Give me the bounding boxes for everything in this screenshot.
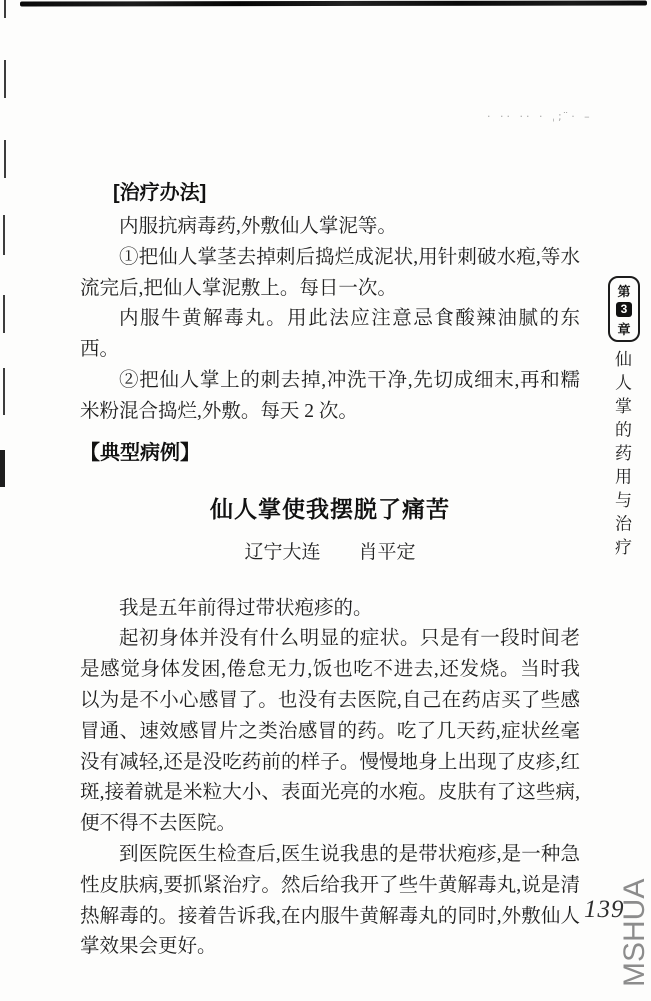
scan-artifact-left-mark <box>4 60 6 98</box>
watermark-text: MSHUA <box>618 883 651 987</box>
treatment-paragraph: ①把仙人掌茎去掉刺后捣烂成泥状,用针刺破水疱,等水流完后,把仙人掌泥敷上。每日一… <box>80 243 580 305</box>
print-bleed-noise: · ·· ·· · ˌ; ̈· – <box>487 110 649 132</box>
scan-artifact-left-mark <box>4 0 6 18</box>
author-location: 辽宁大连 <box>244 542 320 563</box>
scan-artifact-left-mark <box>0 450 5 487</box>
treatment-paragraph: 内服牛黄解毒丸。用此法应注意忌食酸辣油腻的东西。 <box>80 304 580 366</box>
treatment-heading: [治疗办法] <box>113 182 580 204</box>
case-heading: 【典型病例】 <box>80 442 580 464</box>
chapter-suffix: 章 <box>617 319 630 338</box>
chapter-prefix: 第 <box>617 281 630 300</box>
author-name: 肖平定 <box>359 542 416 563</box>
scan-artifact-left-mark <box>4 140 6 178</box>
book-page: · ·· ·· · ˌ; ̈· – [治疗办法] 内服抗病毒药,外敷仙人掌泥等。… <box>0 0 651 1001</box>
chapter-title-vertical: 仙人掌的药用与治疗 <box>609 350 634 580</box>
scan-artifact-top-line <box>20 0 647 6</box>
treatment-paragraph: ②把仙人掌上的刺去掉,冲洗干净,先切成细末,再和糯米粉混合捣烂,外敷。每天 2 … <box>80 366 580 428</box>
scan-artifact-left-mark <box>3 215 5 255</box>
case-section: 【典型病例】 仙人掌使我摆脱了痛苦 辽宁大连肖平定 我是五年前得过带状疱疹的。 … <box>80 442 580 964</box>
treatment-paragraph: 内服抗病毒药,外敷仙人掌泥等。 <box>80 212 580 243</box>
scan-artifact-left-mark <box>3 368 5 415</box>
chapter-number: 3 <box>616 302 632 317</box>
case-author-line: 辽宁大连肖平定 <box>80 540 580 566</box>
treatment-section: [治疗办法] 内服抗病毒药,外敷仙人掌泥等。 ①把仙人掌茎去掉刺后捣烂成泥状,用… <box>80 182 580 428</box>
case-title: 仙人掌使我摆脱了痛苦 <box>80 494 580 524</box>
case-paragraph: 到医院医生检查后,医生说我患的是带状疱疹,是一种急性皮肤病,要抓紧治疗。然后给我… <box>80 840 580 963</box>
page-body: [治疗办法] 内服抗病毒药,外敷仙人掌泥等。 ①把仙人掌茎去掉刺后捣烂成泥状,用… <box>80 182 580 963</box>
scan-artifact-left-mark <box>3 295 5 333</box>
case-paragraph: 起初身体并没有什么明显的症状。只是有一段时间老是感觉身体发困,倦怠无力,饭也吃不… <box>80 624 580 840</box>
chapter-badge: 第 3 章 <box>608 276 640 342</box>
case-paragraph: 我是五年前得过带状疱疹的。 <box>80 594 580 625</box>
